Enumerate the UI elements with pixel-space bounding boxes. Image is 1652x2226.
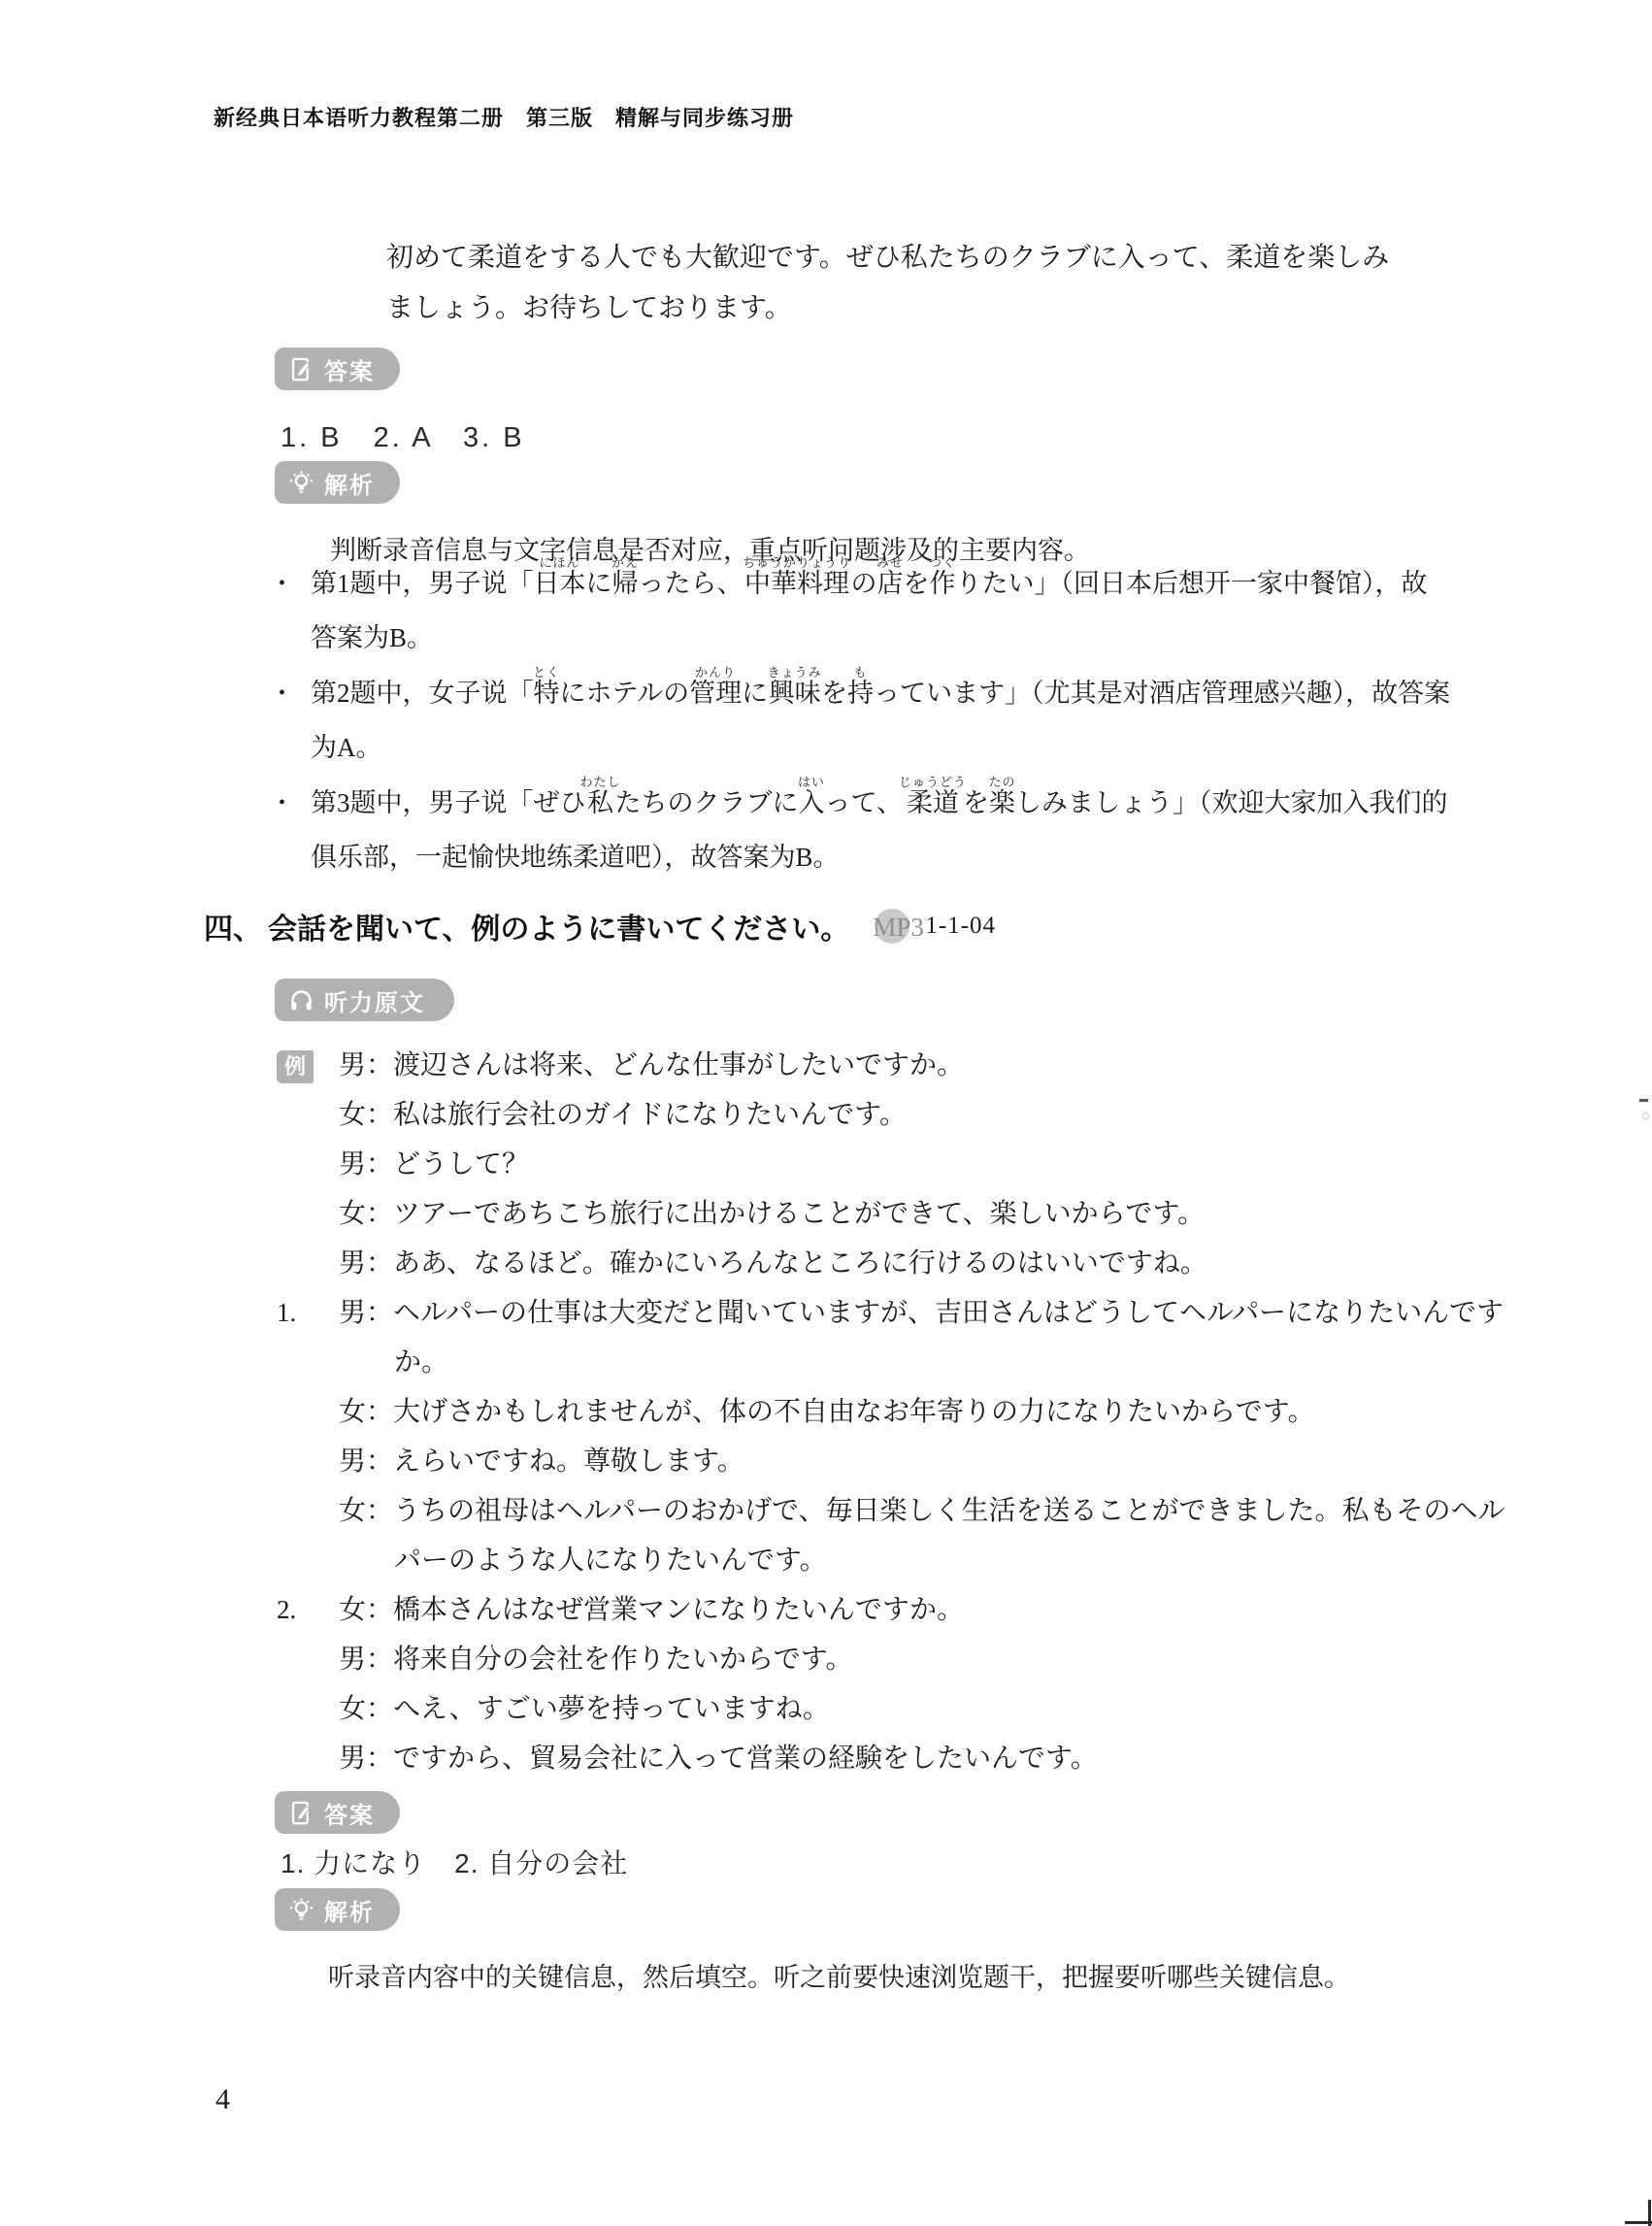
- transcript-continuation: 初めて柔道をする人でも大歓迎です。ぜひ私たちのクラブに入って、柔道を楽しみ まし…: [386, 233, 1454, 334]
- speaker-label: 男：: [339, 1248, 393, 1279]
- speaker-label: 女：: [339, 1595, 393, 1625]
- mp3-label: MP3: [873, 913, 924, 943]
- bullet-dot-icon: •: [279, 556, 311, 611]
- analysis-bullet: •第1题中，男子说「日本にほんに帰かえったら、中華料理ちゅうかりょうりの店みせを…: [279, 555, 1453, 665]
- page: 新经典日本语听力教程第二册 第三版 精解与同步练习册 初めて柔道をする人でも大歓…: [0, 0, 1652, 2226]
- speaker-text: 大げさかもしれませんが、体の不自由なお年寄りの力になりたいからです。: [393, 1397, 1314, 1427]
- speaker-text: ああ、なるほど。確かにいろんなところに行けるのはいいですね。: [393, 1248, 1207, 1279]
- badge-label: 答案: [324, 1796, 375, 1830]
- answers-line: 1. B 2. A 3. B: [281, 415, 525, 455]
- analysis-bullet: •第3题中，男子说「ぜひ私わたしたちのクラブに入はいって、柔道じゅうどうを楽たの…: [279, 775, 1453, 884]
- furigana-ruby: 柔道じゅうどう: [903, 788, 963, 817]
- mp3-icon: MP3: [873, 907, 911, 946]
- transcript-line: 1. 男：ヘルパーの仕事は大変だと聞いていますが、吉田さんはどうしてヘルパーにな…: [277, 1288, 1519, 1387]
- pencil-note-icon: [288, 356, 314, 382]
- transcript-dialogue: 例 男：渡辺さんは将来、どんな仕事がしたいですか。 女：私は旅行会社のガイドにな…: [277, 1041, 1519, 1783]
- section-title: 会話を聞いて、例のように書いてください。: [268, 905, 849, 947]
- pencil-note-icon: [288, 1800, 314, 1826]
- speaker-text: えらいですね。尊敬します。: [393, 1446, 744, 1477]
- speaker-label: 女：: [339, 1496, 393, 1526]
- section-number: 四、: [204, 905, 262, 947]
- transcript-line-prefix: 1.: [277, 1288, 339, 1338]
- transcript-line-prefix: 2.: [277, 1585, 339, 1635]
- scan-artifact: [1642, 1113, 1649, 1119]
- transcript-line: 女：私は旅行会社のガイドになりたいんです。: [277, 1090, 1519, 1140]
- transcript-line: 男：将来自分の会社を作りたいからです。: [277, 1635, 1519, 1684]
- lightbulb-icon: [288, 470, 314, 496]
- page-number: 4: [215, 2083, 230, 2116]
- analysis-bullet-list: •第1题中，男子说「日本にほんに帰かえったら、中華料理ちゅうかりょうりの店みせを…: [279, 555, 1453, 884]
- bullet-dot-icon: •: [279, 666, 311, 720]
- transcript-continuation-line: ましょう。お待ちしております。: [386, 283, 1454, 334]
- furigana-ruby: 管理かんり: [689, 679, 742, 708]
- badge-label: 听力原文: [324, 983, 425, 1017]
- speaker-text: ですから、貿易会社に入って営業の経験をしたいんです。: [393, 1744, 1098, 1774]
- furigana-ruby: 特とく: [534, 679, 560, 708]
- speaker-label: 男：: [339, 1050, 393, 1080]
- speaker-text: うちの祖母はヘルパーのおかげで、毎日楽しく生活を送ることができました。私もそのヘ…: [393, 1496, 1505, 1576]
- analysis-badge: 解析: [275, 1888, 400, 1931]
- speaker-label: 女：: [339, 1397, 393, 1427]
- speaker-text: 橋本さんはなぜ営業マンになりたいんですか。: [393, 1595, 964, 1625]
- transcript-line: 女：ツアーであちこち旅行に出かけることができて、楽しいからです。: [277, 1189, 1519, 1239]
- analysis-badge: 解析: [275, 461, 400, 504]
- scan-artifact: [1639, 1099, 1648, 1102]
- transcript-line: 女：へえ、すごい夢を持っていますね。: [277, 1684, 1519, 1734]
- speaker-text: ヘルパーの仕事は大変だと聞いていますが、吉田さんはどうしてヘルパーになりたいんで…: [393, 1298, 1503, 1378]
- speaker-text: へえ、すごい夢を持っていますね。: [393, 1694, 830, 1724]
- furigana-ruby: 日本にほん: [534, 569, 586, 598]
- transcript-badge: 听力原文: [275, 979, 454, 1021]
- mp3-track-number: 1-1-04: [925, 913, 996, 940]
- transcript-line: 女：大げさかもしれませんが、体の不自由なお年寄りの力になりたいからです。: [277, 1387, 1519, 1437]
- furigana-ruby: 楽たの: [989, 788, 1015, 817]
- speaker-text: 渡辺さんは将来、どんな仕事がしたいですか。: [393, 1050, 964, 1080]
- transcript-line: 男：えらいですね。尊敬します。: [277, 1437, 1519, 1486]
- furigana-ruby: 入はい: [799, 788, 825, 817]
- lightbulb-icon: [288, 1897, 314, 1923]
- furigana-ruby: 帰かえ: [612, 569, 639, 598]
- transcript-line: 男：ああ、なるほど。確かにいろんなところに行けるのはいいですね。: [277, 1239, 1519, 1288]
- speaker-label: 女：: [339, 1199, 393, 1229]
- speaker-text: どうして？: [393, 1149, 529, 1179]
- section-heading: 四、 会話を聞いて、例のように書いてください。 MP3 1-1-04: [204, 905, 996, 947]
- scan-crop-mark: [1625, 2221, 1652, 2224]
- speaker-label: 男：: [339, 1645, 393, 1675]
- speaker-label: 男：: [339, 1744, 393, 1774]
- furigana-ruby: 興味きょうみ: [768, 679, 821, 708]
- bullet-dot-icon: •: [279, 776, 311, 830]
- headphones-icon: [288, 987, 314, 1013]
- analysis-bullet: •第2题中，女子说「特とくにホテルの管理かんりに興味きょうみを持もっています」（…: [279, 665, 1453, 775]
- furigana-ruby: 私わたし: [586, 788, 615, 817]
- transcript-line: 男：どうして？: [277, 1140, 1519, 1189]
- analysis-text: 听录音内容中的关键信息，然后填空。听之前要快速浏览题干，把握要听哪些关键信息。: [328, 1953, 1473, 2002]
- furigana-ruby: 持も: [847, 679, 874, 708]
- transcript-line: 男：ですから、貿易会社に入って営業の経験をしたいんです。: [277, 1734, 1519, 1783]
- speaker-text: ツアーであちこち旅行に出かけることができて、楽しいからです。: [393, 1199, 1205, 1229]
- speaker-label: 女：: [339, 1694, 393, 1724]
- transcript-line: 2. 女：橋本さんはなぜ営業マンになりたいんですか。: [277, 1585, 1519, 1635]
- transcript-continuation-line: 初めて柔道をする人でも大歓迎です。ぜひ私たちのクラブに入って、柔道を楽しみ: [386, 233, 1454, 283]
- speaker-text: 将来自分の会社を作りたいからです。: [393, 1645, 852, 1675]
- transcript-line: 女：うちの祖母はヘルパーのおかげで、毎日楽しく生活を送ることができました。私もそ…: [277, 1486, 1519, 1585]
- speaker-text: 私は旅行会社のガイドになりたいんです。: [393, 1100, 907, 1130]
- answers-line: 1. 力になり 2. 自分の会社: [281, 1843, 628, 1881]
- furigana-ruby: 中華料理ちゅうかりょうり: [743, 569, 851, 598]
- answer-badge: 答案: [275, 348, 400, 390]
- speaker-label: 女：: [339, 1100, 393, 1130]
- example-tag: 例: [277, 1050, 314, 1083]
- book-header: 新经典日本语听力教程第二册 第三版 精解与同步练习册: [214, 102, 794, 132]
- speaker-label: 男：: [339, 1149, 393, 1179]
- answer-badge: 答案: [275, 1791, 400, 1834]
- furigana-ruby: 店みせ: [877, 569, 904, 598]
- transcript-line-prefix: 例: [277, 1041, 339, 1090]
- speaker-label: 男：: [339, 1446, 393, 1477]
- speaker-label: 男：: [339, 1298, 393, 1328]
- badge-label: 解析: [324, 466, 375, 500]
- badge-label: 解析: [324, 1893, 375, 1927]
- transcript-line: 例 男：渡辺さんは将来、どんな仕事がしたいですか。: [277, 1041, 1519, 1090]
- furigana-ruby: 作つく: [930, 569, 956, 598]
- badge-label: 答案: [324, 352, 375, 386]
